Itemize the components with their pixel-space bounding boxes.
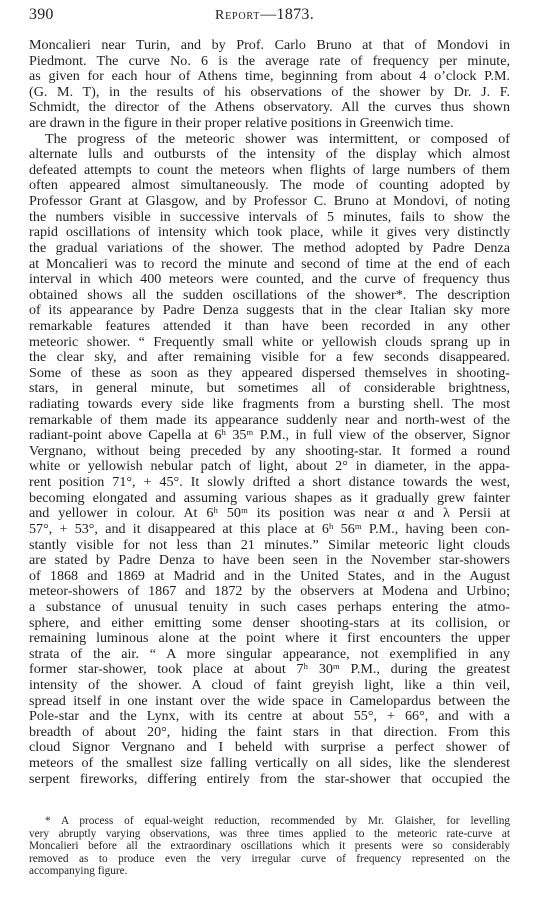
running-head: 390 Report—1873.: [29, 4, 510, 30]
page-number: 390: [29, 6, 54, 24]
body-line: remarkable features attended it than hav…: [29, 319, 510, 335]
body-text: Moncalieri near Turin, and by Prof. Carl…: [29, 38, 510, 787]
footnote-line: accompanying figure.: [29, 865, 510, 878]
body-line: Moncalieri near Turin, and by Prof. Carl…: [29, 38, 510, 54]
body-line: are drawn in the figure in their proper …: [29, 116, 510, 132]
footnote-line: Moncalieri before all the extraordinary …: [29, 840, 510, 853]
body-line: Schmidt, the director of the Athens obse…: [29, 100, 510, 116]
body-line: rapid oscillations of intensity which to…: [29, 225, 510, 241]
header-title-report: Report: [215, 8, 260, 23]
body-line: a substance of unusual tenuity in such c…: [29, 600, 510, 616]
body-line: Vergnano, without being preceded by any …: [29, 444, 510, 460]
body-line: interval in which 400 meteors were count…: [29, 272, 510, 288]
body-line: radiant-point above Capella at 6ʰ 35ᵐ P.…: [29, 428, 510, 444]
body-line: rent position 71°, + 45°. It slowly drif…: [29, 475, 510, 491]
document-page: 390 Report—1873. Moncalieri near Turin, …: [29, 0, 510, 787]
body-line: 57°, + 53°, and it disappeared at this p…: [29, 522, 510, 538]
body-line: spread itself in one instant over the wi…: [29, 694, 510, 710]
body-line: serpent fireworks, differing entirely fr…: [29, 772, 510, 788]
footnote: * A process of equal-weight reduction, r…: [29, 815, 510, 878]
body-line: and yellower in colour. At 6ʰ 50ᵐ its po…: [29, 506, 510, 522]
body-line: white or yellowish nebular patch of ligh…: [29, 459, 510, 475]
body-line: Pole-star and the Lynx, with its centre …: [29, 709, 510, 725]
header-title-year: —1873.: [260, 6, 314, 23]
body-line: meteor-showers of 1867 and 1872 by the o…: [29, 584, 510, 600]
body-line: are stated by Padre Denza to have been s…: [29, 553, 510, 569]
header-title: Report—1873.: [215, 6, 314, 24]
footnote-line: very abruptly varying observations, was …: [29, 828, 510, 841]
body-line: at Moncalieri was to record the minute a…: [29, 257, 510, 273]
body-line: strata of the air. “ A more singular app…: [29, 647, 510, 663]
body-line: Professor Grant at Glasgow, and by Profe…: [29, 194, 510, 210]
body-line: stars, in general minute, but sometimes …: [29, 381, 510, 397]
body-line: former star-shower, took place at about …: [29, 662, 510, 678]
body-line: cloud Signor Vergnano and I beheld with …: [29, 740, 510, 756]
body-line: defeated attempts to count the meteors w…: [29, 163, 510, 179]
body-line: stantly visible for not less than 21 min…: [29, 538, 510, 554]
body-line: meteors of the smallest size falling ver…: [29, 756, 510, 772]
body-line: radiating towards every side like fragme…: [29, 397, 510, 413]
body-line: The progress of the meteoric shower was …: [29, 132, 510, 148]
body-line: remarkable of them made its appearance s…: [29, 413, 510, 429]
body-line: of its appearance by Padre Denza suggest…: [29, 303, 510, 319]
body-line: the numbers visible in successive interv…: [29, 210, 510, 226]
body-line: the gradual variations of the shower. Th…: [29, 241, 510, 257]
body-line: Piedmont. The curve No. 6 is the average…: [29, 54, 510, 70]
body-line: alternate lulls and outbursts of the int…: [29, 147, 510, 163]
body-line: remaining luminous alone at the point wh…: [29, 631, 510, 647]
body-line: meteoric shower. “ Frequently small whit…: [29, 335, 510, 351]
body-line: as given for each hour of Athens time, b…: [29, 69, 510, 85]
footnote-line: removed as to produce even the very irre…: [29, 853, 510, 866]
body-line: Some of these as soon as they appeared d…: [29, 366, 510, 382]
body-line: (G. M. T), in the results of his observa…: [29, 85, 510, 101]
body-line: of 1868 and 1869 at Madrid and in the Un…: [29, 569, 510, 585]
body-line: obtained shows all the sudden oscillatio…: [29, 288, 510, 304]
body-line: the clear sky, and after remaining visib…: [29, 350, 510, 366]
body-line: breadth of about 20°, hiding the faint s…: [29, 725, 510, 741]
body-line: becoming elongated and assuming various …: [29, 491, 510, 507]
footnote-line: * A process of equal-weight reduction, r…: [29, 815, 510, 828]
body-line: intensity of the shower. A cloud of fain…: [29, 678, 510, 694]
body-line: often appeared almost simultaneously. Th…: [29, 178, 510, 194]
body-line: sphere, and either emitting some denser …: [29, 616, 510, 632]
